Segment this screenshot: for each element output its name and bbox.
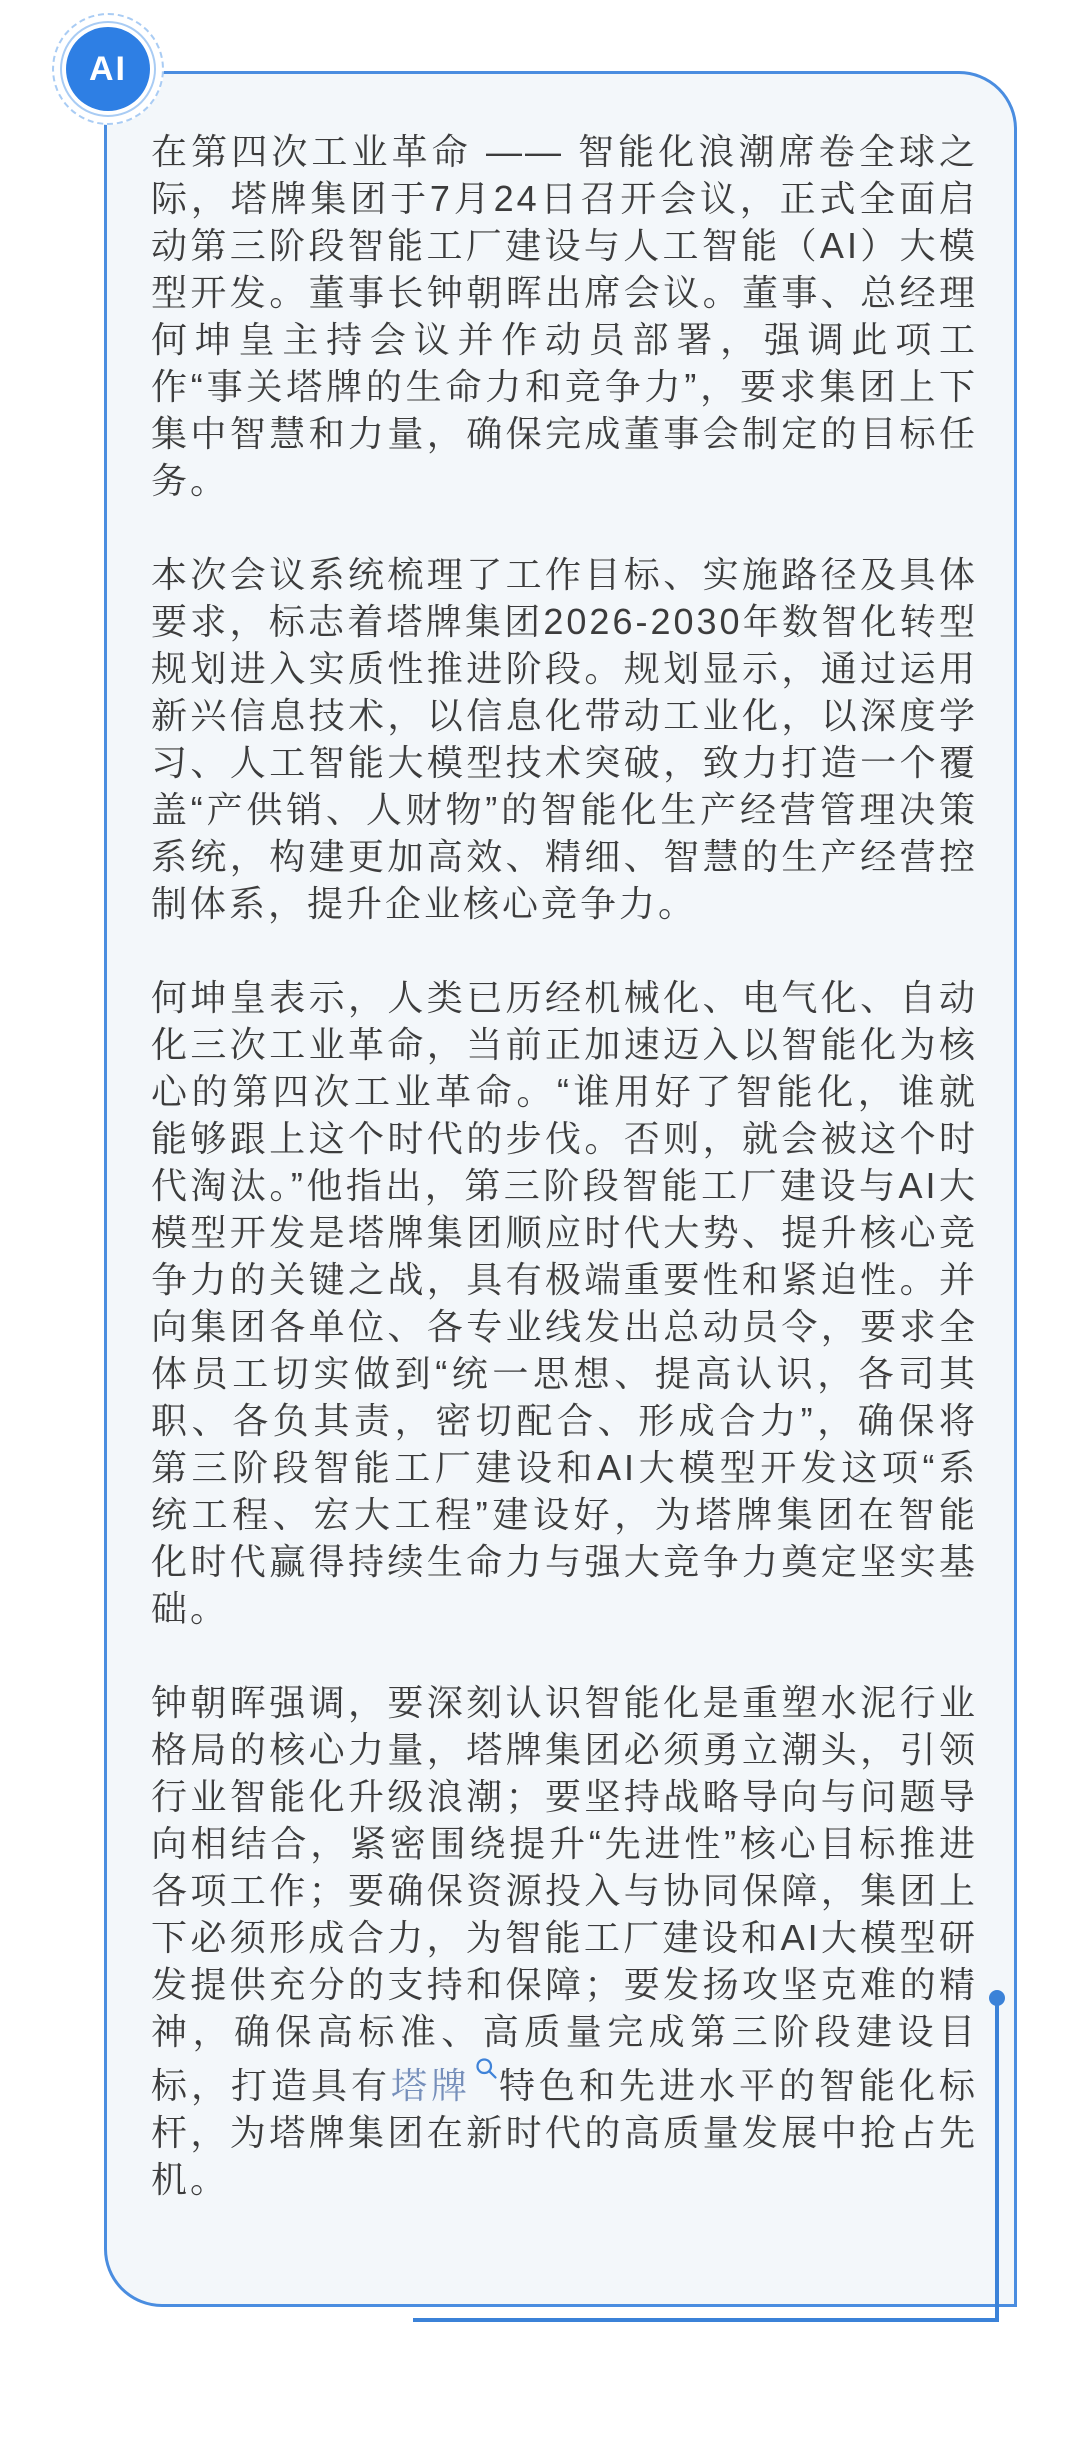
entity-link-label: 塔牌	[391, 2065, 471, 2106]
paragraph-3: 何坤皇表示，人类已历经机械化、电气化、自动化三次工业革命，当前正加速迈入以智能化…	[151, 974, 978, 1632]
search-icon[interactable]	[473, 2055, 500, 2082]
ai-avatar: AI	[52, 13, 164, 125]
paragraph-4-text-before: 钟朝晖强调，要深刻认识智能化是重塑水泥行业格局的核心力量，塔牌集团必须勇立潮头，…	[151, 1682, 978, 2106]
accent-underline	[413, 2318, 999, 2322]
ai-avatar-badge: AI	[66, 27, 150, 111]
entity-link-tapai[interactable]: 塔牌	[391, 2065, 498, 2106]
ai-avatar-ring: AI	[60, 21, 156, 117]
paragraph-1: 在第四次工业革命 —— 智能化浪潮席卷全球之际，塔牌集团于7月24日召开会议，正…	[151, 128, 978, 504]
message-text: 在第四次工业革命 —— 智能化浪潮席卷全球之际，塔牌集团于7月24日召开会议，正…	[151, 128, 978, 2203]
accent-vertical-line	[995, 1998, 999, 2322]
ai-avatar-label: AI	[89, 50, 127, 89]
paragraph-4: 钟朝晖强调，要深刻认识智能化是重塑水泥行业格局的核心力量，塔牌集团必须勇立潮头，…	[151, 1679, 978, 2203]
paragraph-2: 本次会议系统梳理了工作目标、实施路径及具体要求，标志着塔牌集团2026-2030…	[151, 551, 978, 927]
ai-chat-screen: 在第四次工业革命 —— 智能化浪潮席卷全球之际，塔牌集团于7月24日召开会议，正…	[0, 0, 1080, 2446]
ai-message-bubble: 在第四次工业革命 —— 智能化浪潮席卷全球之际，塔牌集团于7月24日召开会议，正…	[104, 71, 1017, 2307]
